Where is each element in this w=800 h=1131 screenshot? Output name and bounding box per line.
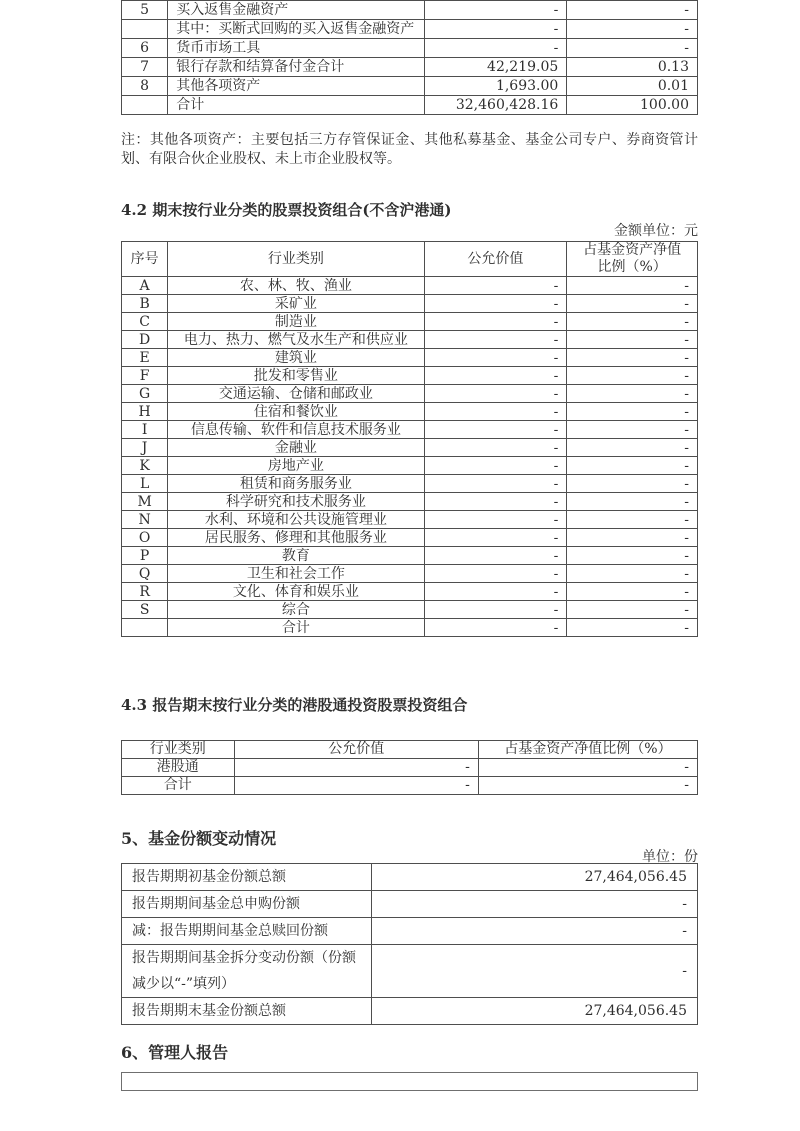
col-header-category: 行业类别 [168,242,424,277]
category-cell: 住宿和餐饮业 [168,403,424,421]
table-row: A农、林、牧、渔业-- [122,277,698,295]
table-row: L租赁和商务服务业-- [122,475,698,493]
category-cell: 教育 [168,547,424,565]
fair_value-cell: - [234,777,478,795]
value-cell: - [424,39,567,58]
value-cell: 27,464,056.45 [372,864,698,891]
label-cell: 其中：买断式回购的买入返售金融资产 [168,20,424,39]
label-cell: 货币市场工具 [168,39,424,58]
category-cell: 农、林、牧、渔业 [168,277,424,295]
table-row: 5买入返售金融资产-- [122,1,698,20]
category-cell: 制造业 [168,313,424,331]
category-cell: 科学研究和技术服务业 [168,493,424,511]
fair_value-cell: - [424,457,567,475]
code-cell: Q [122,565,168,583]
col-header-category: 行业类别 [122,741,235,759]
ratio-cell: - [567,601,698,619]
category-cell: 港股通 [122,759,235,777]
code-cell: R [122,583,168,601]
ratio-cell: - [567,457,698,475]
col-header-ratio: 占基金资产净值比例（%） [478,741,697,759]
table-row: 报告期期初基金份额总额27,464,056.45 [122,864,698,891]
ratio-cell: - [567,493,698,511]
label-cell: 银行存款和结算备付金合计 [168,58,424,77]
table-row: 报告期期间基金拆分变动份额（份额减少以“-”填列）- [122,945,698,998]
table-row: K房地产业-- [122,457,698,475]
label-cell: 报告期期初基金份额总额 [122,864,372,891]
col-header-no: 序号 [122,242,168,277]
value-cell: - [424,20,567,39]
table-row: 6货币市场工具-- [122,39,698,58]
code-cell: K [122,457,168,475]
fair_value-cell: - [424,511,567,529]
col-header-fair-value: 公允价值 [424,242,567,277]
section-4-2-heading: 4.2 期末按行业分类的股票投资组合(不含沪港通) [121,199,452,220]
code-cell: H [122,403,168,421]
unit-label-yuan: 金额单位：元 [121,220,698,240]
category-cell: 交通运输、仓储和邮政业 [168,385,424,403]
table-row: O居民服务、修理和其他服务业-- [122,529,698,547]
value-cell: - [372,918,698,945]
no-cell [122,96,168,115]
ratio-cell: - [567,565,698,583]
table-row: H住宿和餐饮业-- [122,403,698,421]
ratio-cell: - [567,349,698,367]
table-row: 合计32,460,428.16100.00 [122,96,698,115]
value-cell: - [372,945,698,998]
ratio-cell: - [567,367,698,385]
code-cell: D [122,331,168,349]
fair_value-cell: - [424,529,567,547]
fair_value-cell: - [424,331,567,349]
category-cell: 综合 [168,601,424,619]
code-cell: F [122,367,168,385]
ratio-cell: - [567,439,698,457]
table-row: C制造业-- [122,313,698,331]
table-row: N水利、环境和公共设施管理业-- [122,511,698,529]
label-cell: 报告期期间基金拆分变动份额（份额减少以“-”填列） [122,945,372,998]
ratio-cell: - [567,295,698,313]
ratio-cell: - [478,759,697,777]
manager-report-placeholder-box [121,1072,698,1091]
ratio-cell: - [567,619,698,637]
code-cell: N [122,511,168,529]
table-row: B采矿业-- [122,295,698,313]
ratio-cell: - [567,529,698,547]
category-cell: 居民服务、修理和其他服务业 [168,529,424,547]
table-row: 其中：买断式回购的买入返售金融资产-- [122,20,698,39]
industry-table: 序号 行业类别 公允价值 占基金资产净值 比例（%） A农、林、牧、渔业--B采… [121,241,698,637]
pct-cell: 0.01 [567,77,698,96]
ratio-cell: - [567,331,698,349]
label-cell: 其他各项资产 [168,77,424,96]
table-row: 合计-- [122,619,698,637]
pct-cell: 100.00 [567,96,698,115]
ratio-header-line2: 比例（%） [571,259,693,276]
fair_value-cell: - [424,583,567,601]
fair_value-cell: - [424,313,567,331]
table-row: G交通运输、仓储和邮政业-- [122,385,698,403]
no-cell: 8 [122,77,168,96]
code-cell: G [122,385,168,403]
table-row: Q卫生和社会工作-- [122,565,698,583]
fair_value-cell: - [424,349,567,367]
value-cell: 32,460,428.16 [424,96,567,115]
value-cell: - [372,891,698,918]
ratio-cell: - [567,403,698,421]
category-cell: 信息传输、软件和信息技术服务业 [168,421,424,439]
pct-cell: 0.13 [567,58,698,77]
table-row: 7银行存款和结算备付金合计42,219.050.13 [122,58,698,77]
section-4-3-heading: 4.3 报告期末按行业分类的港股通投资股票投资组合 [121,694,467,715]
category-cell: 建筑业 [168,349,424,367]
table-row: P教育-- [122,547,698,565]
value-cell: - [424,1,567,20]
table-header-row: 序号 行业类别 公允价值 占基金资产净值 比例（%） [122,242,698,277]
code-cell: C [122,313,168,331]
fair_value-cell: - [424,475,567,493]
code-cell: J [122,439,168,457]
table-row: M科学研究和技术服务业-- [122,493,698,511]
fair_value-cell: - [424,619,567,637]
label-cell: 减：报告期期间基金总赎回份额 [122,918,372,945]
ratio-cell: - [567,385,698,403]
table-row: 报告期期间基金总申购份额- [122,891,698,918]
code-cell: M [122,493,168,511]
ratio-cell: - [567,313,698,331]
ratio-cell: - [567,583,698,601]
col-header-fair-value: 公允价值 [234,741,478,759]
table-row: S综合-- [122,601,698,619]
ratio-cell: - [567,421,698,439]
fair_value-cell: - [424,385,567,403]
ratio-cell: - [567,475,698,493]
no-cell: 6 [122,39,168,58]
table-row: 港股通-- [122,759,698,777]
fair_value-cell: - [424,493,567,511]
code-cell: P [122,547,168,565]
ratio-cell: - [478,777,697,795]
code-cell: O [122,529,168,547]
share-change-table: 报告期期初基金份额总额27,464,056.45报告期期间基金总申购份额-减：报… [121,863,698,1025]
section-6-heading: 6、管理人报告 [121,1040,228,1063]
table-row: D电力、热力、燃气及水生产和供应业-- [122,331,698,349]
category-cell: 电力、热力、燃气及水生产和供应业 [168,331,424,349]
code-cell: B [122,295,168,313]
table-row: J金融业-- [122,439,698,457]
code-cell: E [122,349,168,367]
category-cell: 文化、体育和娱乐业 [168,583,424,601]
label-cell: 买入返售金融资产 [168,1,424,20]
label-cell: 合计 [168,96,424,115]
category-cell: 卫生和社会工作 [168,565,424,583]
note-text: 注：其他各项资产：主要包括三方存管保证金、其他私募基金、基金公司专户、券商资管计… [121,131,698,169]
hk-connect-table: 行业类别 公允价值 占基金资产净值比例（%） 港股通--合计-- [121,740,698,795]
code-cell: S [122,601,168,619]
table-header-row: 行业类别 公允价值 占基金资产净值比例（%） [122,741,698,759]
fair_value-cell: - [424,547,567,565]
table-row: R文化、体育和娱乐业-- [122,583,698,601]
ratio-cell: - [567,547,698,565]
ratio-cell: - [567,511,698,529]
ratio-cell: - [567,277,698,295]
value-cell: 42,219.05 [424,58,567,77]
code-cell: L [122,475,168,493]
no-cell: 5 [122,1,168,20]
no-cell [122,20,168,39]
table-row: 合计-- [122,777,698,795]
category-cell: 批发和零售业 [168,367,424,385]
no-cell: 7 [122,58,168,77]
other-assets-table: 5买入返售金融资产--其中：买断式回购的买入返售金融资产--6货币市场工具--7… [121,0,698,115]
category-cell: 合计 [168,619,424,637]
col-header-ratio: 占基金资产净值 比例（%） [567,242,698,277]
code-cell [122,619,168,637]
value-cell: 1,693.00 [424,77,567,96]
label-cell: 报告期期间基金总申购份额 [122,891,372,918]
category-cell: 租赁和商务服务业 [168,475,424,493]
code-cell: A [122,277,168,295]
category-cell: 金融业 [168,439,424,457]
category-cell: 采矿业 [168,295,424,313]
fair_value-cell: - [424,403,567,421]
fair_value-cell: - [424,565,567,583]
pct-cell: - [567,39,698,58]
fair_value-cell: - [424,367,567,385]
table-row: 报告期期末基金份额总额27,464,056.45 [122,998,698,1025]
category-cell: 合计 [122,777,235,795]
category-cell: 房地产业 [168,457,424,475]
table-row: 8其他各项资产1,693.000.01 [122,77,698,96]
table-row: 减：报告期期间基金总赎回份额- [122,918,698,945]
table-row: E建筑业-- [122,349,698,367]
fair_value-cell: - [424,421,567,439]
value-cell: 27,464,056.45 [372,998,698,1025]
pct-cell: - [567,20,698,39]
code-cell: I [122,421,168,439]
pct-cell: - [567,1,698,20]
label-cell: 报告期期末基金份额总额 [122,998,372,1025]
fair_value-cell: - [424,601,567,619]
table-row: I信息传输、软件和信息技术服务业-- [122,421,698,439]
ratio-header-line1: 占基金资产净值 [571,242,693,259]
fair_value-cell: - [234,759,478,777]
fair_value-cell: - [424,277,567,295]
fair_value-cell: - [424,439,567,457]
table-row: F批发和零售业-- [122,367,698,385]
category-cell: 水利、环境和公共设施管理业 [168,511,424,529]
fair_value-cell: - [424,295,567,313]
